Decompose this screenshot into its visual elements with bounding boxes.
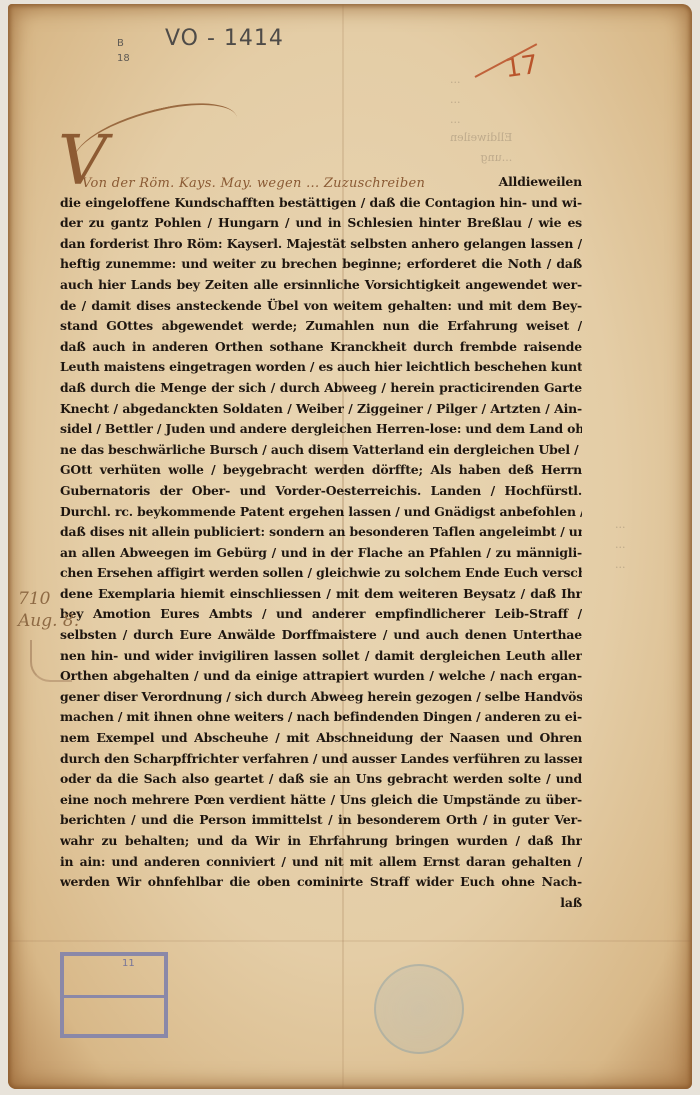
text-line: chen Ersehen affigirt werden sollen / gl… xyxy=(60,563,582,584)
text-line: oder da die Sach also geartet / daß sie … xyxy=(60,769,582,790)
text-line: gener diser Verordnung / sich durch Abwe… xyxy=(60,687,582,708)
margin-bracket-mark xyxy=(30,640,72,682)
text-line: werden Wir ohnfehlbar die oben cominirte… xyxy=(60,872,582,893)
text-line: daß durch die Menge der sich / durch Abw… xyxy=(60,378,582,399)
margin-number: 710 xyxy=(18,588,79,610)
decree-body-text: Alldieweilen die eingeloffene Kundschaff… xyxy=(60,172,582,913)
horizontal-fold-crease xyxy=(8,940,692,942)
text-line: Gubernatoris der Ober- und Vorder-Oester… xyxy=(60,481,582,502)
faded-seal-stamp xyxy=(374,964,464,1054)
text-line: machen / mit ihnen ohne weiters / nach b… xyxy=(60,707,582,728)
text-line: laß xyxy=(60,893,582,914)
stamp-divider xyxy=(64,995,164,998)
text-line: wahr zu behalten; und da Wir in Ehrfahru… xyxy=(60,831,582,852)
bleed-through-right: ... ... ... xyxy=(615,515,626,575)
margin-annotation: 710 Aug. 8. xyxy=(18,588,79,632)
archive-mark-1: B xyxy=(117,36,130,51)
text-line: die eingeloffene Kundschafften bestättig… xyxy=(60,193,582,214)
text-line: berichten / und die Person immittelst / … xyxy=(60,810,582,831)
text-line: dene Exemplaria hiemit einschliessen / m… xyxy=(60,584,582,605)
text-line: an allen Abweegen im Gebürg / und in der… xyxy=(60,543,582,564)
text-line: dan forderist Ihro Röm: Kayserl. Majestä… xyxy=(60,234,582,255)
bleed-through-heading: Elldiweilen ...ung xyxy=(450,128,512,168)
text-line: auch hier Lands bey Zeiten alle ersinnli… xyxy=(60,275,582,296)
text-line: selbsten / durch Eure Anwälde Dorffmaist… xyxy=(60,625,582,646)
folio-number: 17 xyxy=(503,50,540,84)
text-line: GOtt verhüten wolle / beygebracht werden… xyxy=(60,460,582,481)
text-line: sidel / Bettler / Juden und andere dergl… xyxy=(60,419,582,440)
text-line: daß dises nit allein publiciert: sondern… xyxy=(60,522,582,543)
text-line: nem Exempel und Abscheuhe / mit Abschnei… xyxy=(60,728,582,749)
text-line: nen hin- und wider invigiliren lassen so… xyxy=(60,646,582,667)
text-line: Durchl. rc. beykommende Patent ergehen l… xyxy=(60,502,582,523)
text-line: in ain: und anderen conniviert / und nit… xyxy=(60,852,582,873)
text-line: ne das beschwärliche Bursch / auch disem… xyxy=(60,440,582,461)
text-line: durch den Scharpffrichter verfahren / un… xyxy=(60,749,582,770)
text-line: der zu gantz Pohlen / Hungarn / und in S… xyxy=(60,213,582,234)
text-line: Orthen abgehalten / und da einige attrap… xyxy=(60,666,582,687)
text-line: stand GOttes abgewendet werde; Zumahlen … xyxy=(60,316,582,337)
text-line: heftig zunemme: und weiter zu brechen be… xyxy=(60,254,582,275)
text-line: daß auch in anderen Orthen sothane Kranc… xyxy=(60,337,582,358)
archive-small-marks: B 18 xyxy=(117,36,130,66)
stamp-mark: 11 xyxy=(122,958,135,969)
margin-date: Aug. 8. xyxy=(18,610,79,632)
archive-stamp-box: 11 xyxy=(60,952,168,1038)
archive-mark-2: 18 xyxy=(117,51,130,66)
text-line: eine noch mehrere Pœn verdient hätte / U… xyxy=(60,790,582,811)
text-line: de / damit dises ansteckende Übel von we… xyxy=(60,296,582,317)
text-line: Knecht / abgedanckten Soldaten / Weiber … xyxy=(60,399,582,420)
text-line: Alldieweilen xyxy=(60,172,582,193)
text-line: bey Amotion Eures Ambts / und anderer em… xyxy=(60,604,582,625)
archive-reference: VO - 1414 xyxy=(165,26,284,51)
text-line: Leuth maistens eingetragen worden / es a… xyxy=(60,357,582,378)
bleed-through-top: ... ... ... xyxy=(450,70,461,130)
